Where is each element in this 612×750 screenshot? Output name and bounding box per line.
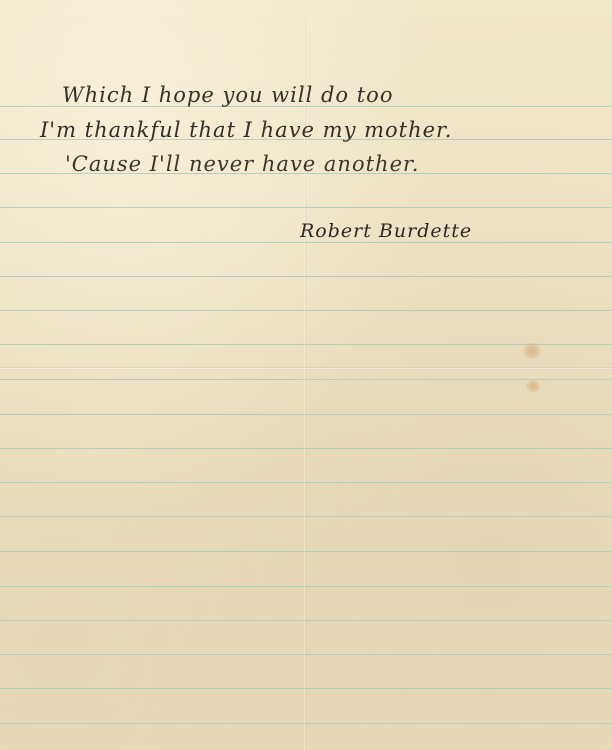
ruled-line (0, 516, 612, 517)
ruled-line (0, 551, 612, 552)
ruled-line (0, 620, 612, 621)
horizontal-fold-crease (0, 367, 612, 370)
ruled-line (0, 344, 612, 345)
ruled-line (0, 379, 612, 380)
ruled-line (0, 207, 612, 208)
ruled-line (0, 723, 612, 724)
handwritten-line-1: Which I hope you will do too (62, 83, 393, 107)
handwritten-line-3: 'Cause I'll never have another. (65, 152, 419, 176)
ruled-line (0, 242, 612, 243)
stain-spot (526, 380, 540, 392)
ruled-line (0, 482, 612, 483)
signature: Robert Burdette (300, 220, 472, 242)
vertical-fold-crease (304, 0, 306, 750)
ruled-line (0, 688, 612, 689)
letter-page: Which I hope you will do too I'm thankfu… (0, 0, 612, 750)
ruled-line (0, 448, 612, 449)
ruled-line (0, 586, 612, 587)
ruled-line (0, 276, 612, 277)
ruled-line (0, 654, 612, 655)
ruled-line (0, 310, 612, 311)
stain-spot (523, 343, 541, 359)
ruled-line (0, 414, 612, 415)
handwritten-line-2: I'm thankful that I have my mother. (40, 118, 452, 142)
